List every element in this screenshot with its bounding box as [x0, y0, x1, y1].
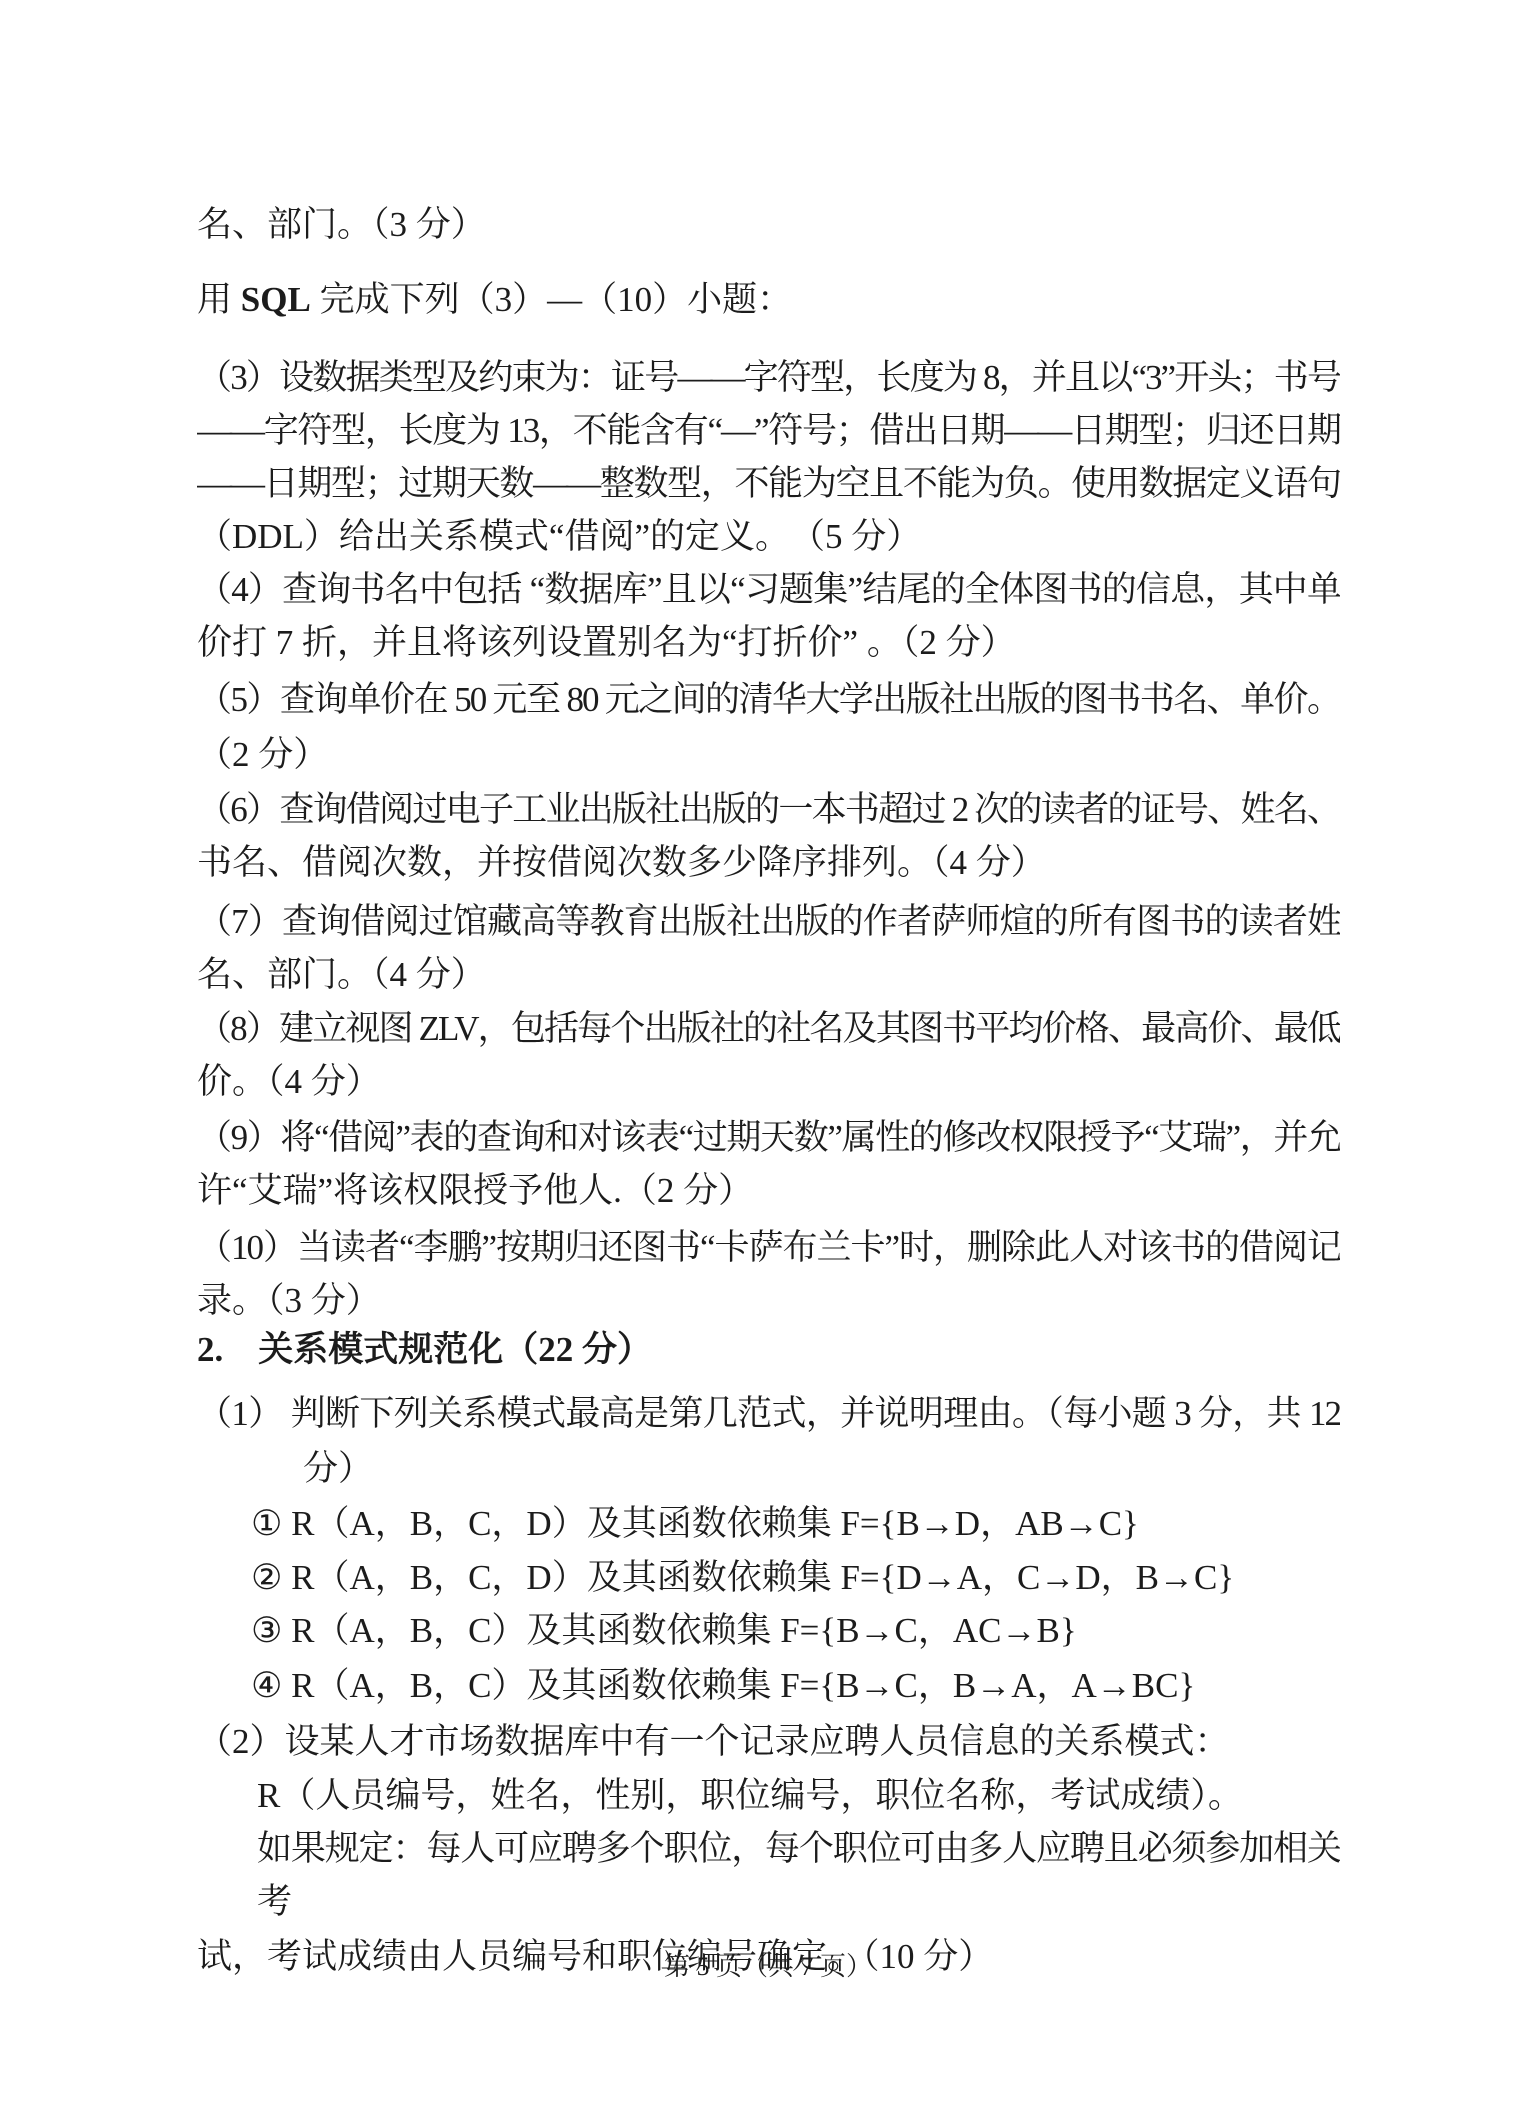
text-run: 录。（3 分）: [197, 1281, 381, 1320]
text-run: ——日期型；过期天数——整数型，不能为空且不能为负。使用数据定义语句: [197, 464, 1340, 503]
text-run: （4）查询书名中包括 “数据库”且以“习题集”结尾的全体图书的信息，其中单: [197, 570, 1340, 609]
text-run: （8）建立视图 ZLV，包括每个出版社的社名及其图书平均价格、最高价、最低: [197, 1009, 1340, 1048]
text-run: （6）查询借阅过电子工业出版社出版的一本书超过 2 次的读者的证号、姓名、: [197, 790, 1340, 829]
line-q3-4: （DDL）给出关系模式“借阅”的定义。 （5 分）: [197, 510, 1340, 563]
line-q7-1: （7）查询借阅过馆藏高等教育出版社出版的作者萨师煊的所有图书的读者姓: [197, 895, 1340, 948]
text-run: （3）设数据类型及约束为：证号——字符型，长度为 8，并且以“3”开头；书号: [197, 358, 1340, 397]
text-run: （7）查询借阅过馆藏高等教育出版社出版的作者萨师煊的所有图书的读者姓: [197, 902, 1340, 941]
text-run: ④ R（A，B，C）及其函数依赖集 F={B→C，B→A，A→BC}: [251, 1666, 1195, 1705]
line-s2q2-2: R（人员编号，姓名，性别，职位编号，职位名称，考试成绩）。: [257, 1769, 1340, 1822]
section-2-heading: 2. 关系模式规范化（22 分）: [197, 1323, 1340, 1376]
line-s2q1-item3: ③ R（A，B，C）及其函数依赖集 F={B→C，AC→B}: [251, 1604, 1340, 1657]
text-run: SQL: [241, 280, 311, 319]
text-run: 如果规定：每人可应聘多个职位，每个职位可由多人应聘且必须参加相关考: [257, 1829, 1340, 1921]
line-q8-2: 价。（4 分）: [197, 1055, 1340, 1108]
page-number: 第 5 页（共 7 页）: [664, 1952, 872, 1981]
text-run: 名、部门。（4 分）: [197, 955, 486, 994]
line-q9-1: （9）将“借阅”表的查询和对该表“过期天数”属性的修改权限授予“艾瑞”，并允: [197, 1111, 1340, 1164]
line-q8-1: （8）建立视图 ZLV，包括每个出版社的社名及其图书平均价格、最高价、最低: [197, 1002, 1340, 1055]
text-run: ——字符型，长度为 13，不能含有“—”符号；借出日期——日期型；归还日期: [197, 411, 1340, 450]
page-footer: 第 5 页（共 7 页）: [0, 1950, 1536, 1984]
text-run: （2）设某人才市场数据库中有一个记录应聘人员信息的关系模式：: [197, 1722, 1230, 1761]
line-s2q1-2: 分）: [303, 1442, 1340, 1495]
text-run: （1） 判断下列关系模式最高是第几范式，并说明理由。（每小题 3 分，共 12: [197, 1394, 1340, 1433]
exam-page: 名、部门。（3 分）用 SQL 完成下列（3）—（10）小题：（3）设数据类型及…: [0, 0, 1536, 2127]
line-q5-2: （2 分）: [197, 728, 1340, 781]
text-run: 价。（4 分）: [197, 1062, 381, 1101]
line-q4-1: （4）查询书名中包括 “数据库”且以“习题集”结尾的全体图书的信息，其中单: [197, 563, 1340, 616]
text-run: ② R（A，B，C，D）及其函数依赖集 F={D→A，C→D，B→C}: [251, 1558, 1234, 1597]
line-s2q1-item4: ④ R（A，B，C）及其函数依赖集 F={B→C，B→A，A→BC}: [251, 1659, 1340, 1712]
line-s2q1-1: （1） 判断下列关系模式最高是第几范式，并说明理由。（每小题 3 分，共 12: [197, 1387, 1340, 1440]
text-run: （5）查询单价在 50 元至 80 元之间的清华大学出版社出版的图书书名、单价。: [197, 680, 1340, 719]
text-run: 完成下列（3）—（10）小题：: [311, 280, 792, 319]
line-q4-2: 价打 7 折，并且将该列设置别名为“打折价” 。（2 分）: [197, 616, 1340, 669]
text-run: 书名、借阅次数，并按借阅次数多少降序排列。（4 分）: [197, 843, 1046, 882]
text-run: ③ R（A，B，C）及其函数依赖集 F={B→C，AC→B}: [251, 1611, 1077, 1650]
text-run: （10）当读者“李鹏”按期归还图书“卡萨布兰卡”时，删除此人对该书的借阅记: [197, 1228, 1340, 1267]
line-dept-score: 名、部门。（3 分）: [197, 198, 1340, 251]
line-q10-1: （10）当读者“李鹏”按期归还图书“卡萨布兰卡”时，删除此人对该书的借阅记: [197, 1221, 1340, 1274]
line-q10-2: 录。（3 分）: [197, 1274, 1340, 1327]
line-q3-2: ——字符型，长度为 13，不能含有“—”符号；借出日期——日期型；归还日期: [197, 404, 1340, 457]
text-run: 许“艾瑞”将该权限授予他人.（2 分）: [197, 1171, 753, 1210]
line-q6-1: （6）查询借阅过电子工业出版社出版的一本书超过 2 次的读者的证号、姓名、: [197, 783, 1340, 836]
text-run: 名、部门。（3 分）: [197, 205, 486, 244]
text-run: 2. 关系模式规范化（22 分）: [197, 1330, 652, 1369]
text-run: （DDL）给出关系模式“借阅”的定义。 （5 分）: [197, 517, 921, 556]
line-s2q1-item2: ② R（A，B，C，D）及其函数依赖集 F={D→A，C→D，B→C}: [251, 1551, 1340, 1604]
text-run: （2 分）: [197, 735, 328, 774]
line-sql-intro: 用 SQL 完成下列（3）—（10）小题：: [197, 273, 1340, 326]
line-s2q2-3: 如果规定：每人可应聘多个职位，每个职位可由多人应聘且必须参加相关考: [257, 1822, 1340, 1928]
text-run: R（人员编号，姓名，性别，职位编号，职位名称，考试成绩）。: [257, 1776, 1243, 1815]
line-q5-1: （5）查询单价在 50 元至 80 元之间的清华大学出版社出版的图书书名、单价。: [197, 673, 1340, 726]
text-run: 价打 7 折，并且将该列设置别名为“打折价” 。（2 分）: [197, 623, 1016, 662]
line-s2q1-item1: ① R（A，B，C，D）及其函数依赖集 F={B→D，AB→C}: [251, 1497, 1340, 1550]
line-q3-1: （3）设数据类型及约束为：证号——字符型，长度为 8，并且以“3”开头；书号: [197, 351, 1340, 404]
line-q9-2: 许“艾瑞”将该权限授予他人.（2 分）: [197, 1164, 1340, 1217]
text-run: ① R（A，B，C，D）及其函数依赖集 F={B→D，AB→C}: [251, 1504, 1139, 1543]
line-q6-2: 书名、借阅次数，并按借阅次数多少降序排列。（4 分）: [197, 836, 1340, 889]
line-q3-3: ——日期型；过期天数——整数型，不能为空且不能为负。使用数据定义语句: [197, 457, 1340, 510]
text-run: （9）将“借阅”表的查询和对该表“过期天数”属性的修改权限授予“艾瑞”，并允: [197, 1118, 1340, 1157]
text-run: 用: [197, 280, 241, 319]
text-run: 分）: [303, 1449, 373, 1488]
line-q7-2: 名、部门。（4 分）: [197, 948, 1340, 1001]
document-body: 名、部门。（3 分）用 SQL 完成下列（3）—（10）小题：（3）设数据类型及…: [197, 198, 1340, 1983]
line-s2q2-1: （2）设某人才市场数据库中有一个记录应聘人员信息的关系模式：: [197, 1715, 1340, 1768]
